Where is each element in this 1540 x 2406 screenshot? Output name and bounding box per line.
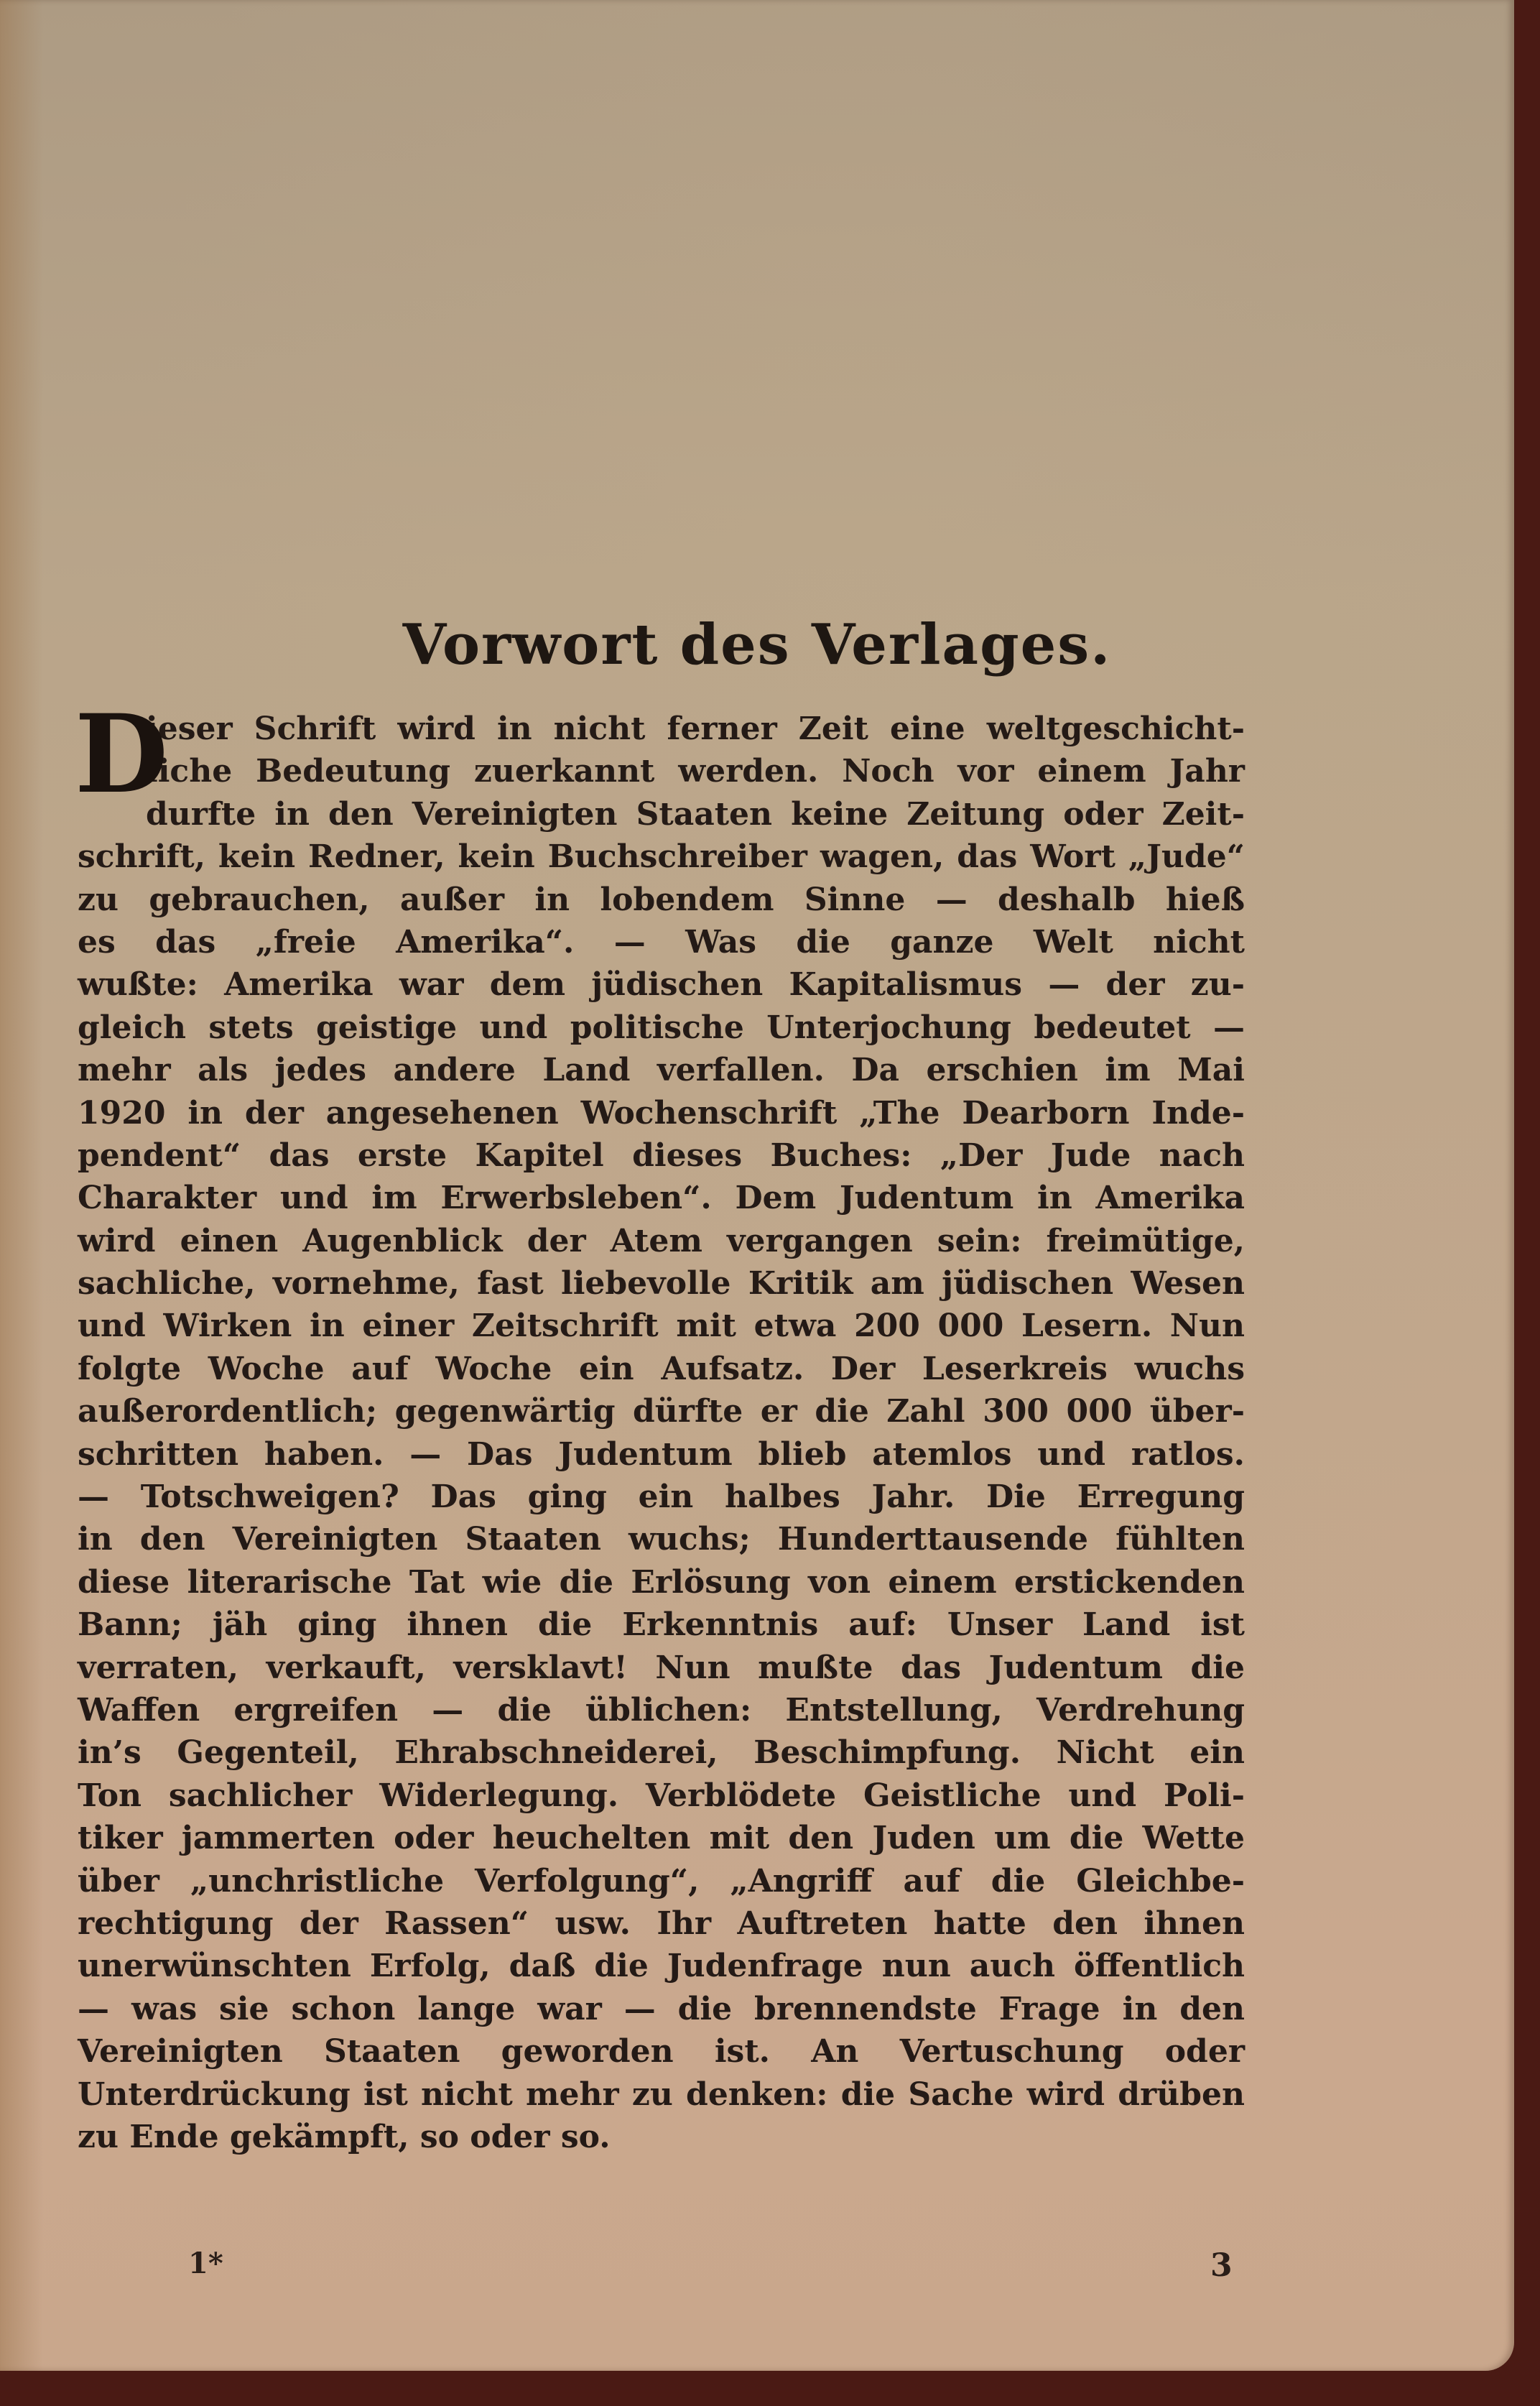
- text-line: über „unchristliche Verfolgung“, „Angrif…: [78, 1860, 1245, 1902]
- text-line: ieser Schrift wird in nicht ferner Zeit …: [78, 708, 1245, 750]
- text-line: wußte: Amerika war dem jüdischen Kapital…: [78, 963, 1245, 1006]
- text-line: in den Vereinigten Staaten wuchs; Hunder…: [78, 1518, 1245, 1560]
- text-line: Vereinigten Staaten geworden ist. An Ver…: [78, 2030, 1245, 2073]
- page-title: Vorwort des Verlages.: [0, 612, 1514, 677]
- text-line: schritten haben. — Das Judentum blieb at…: [78, 1433, 1245, 1476]
- text-line: Unterdrückung ist nicht mehr zu denken: …: [78, 2073, 1245, 2116]
- text-line: rechtigung der Rassen“ usw. Ihr Auftrete…: [78, 1902, 1245, 1945]
- text-line: gleich stets geistige und politische Unt…: [78, 1007, 1245, 1049]
- text-line: 1920 in der angesehenen Wochenschrift „T…: [78, 1092, 1245, 1134]
- text-line: — Totschweigen? Das ging ein halbes Jahr…: [78, 1476, 1245, 1518]
- text-line: Waffen ergreifen — die üblichen: Entstel…: [78, 1689, 1245, 1731]
- text-line: Charakter und im Erwerbsleben“. Dem Jude…: [78, 1177, 1245, 1219]
- text-line: diese literarische Tat wie die Erlösung …: [78, 1561, 1245, 1604]
- text-line: außerordentlich; gegenwärtig dürfte er d…: [78, 1390, 1245, 1433]
- text-line: zu Ende gekämpft, so oder so.: [78, 2116, 1245, 2158]
- text-line: zu gebrauchen, außer in lobendem Sinne —…: [78, 879, 1245, 921]
- text-line: in’s Gegenteil, Ehrabschneiderei, Beschi…: [78, 1731, 1245, 1774]
- text-line: durfte in den Vereinigten Staaten keine …: [78, 793, 1245, 836]
- drop-cap: D: [75, 708, 168, 801]
- text-line: — was sie schon lange war — die brennend…: [78, 1988, 1245, 2030]
- book-page: Vorwort des Verlages. D ieser Schrift wi…: [0, 0, 1514, 2371]
- page-number: 3: [1210, 2247, 1233, 2284]
- text-line: mehr als jedes andere Land verfallen. Da…: [78, 1049, 1245, 1091]
- text-line: wird einen Augenblick der Atem vergangen…: [78, 1220, 1245, 1262]
- text-line: Bann; jäh ging ihnen die Erkenntnis auf:…: [78, 1604, 1245, 1646]
- text-line: unerwünschten Erfolg, daß die Judenfrage…: [78, 1945, 1245, 1987]
- text-line: verraten, verkauft, versklavt! Nun mußte…: [78, 1647, 1245, 1689]
- signature-mark: 1*: [188, 2247, 223, 2280]
- text-line: Ton sachlicher Widerlegung. Verblödete G…: [78, 1775, 1245, 1817]
- text-line: liche Bedeutung zuerkannt werden. Noch v…: [78, 750, 1245, 792]
- text-line: schrift, kein Redner, kein Buchschreiber…: [78, 836, 1245, 878]
- text-line: tiker jammerten oder heuchelten mit den …: [78, 1817, 1245, 1859]
- text-line: und Wirken in einer Zeitschrift mit etwa…: [78, 1305, 1245, 1347]
- text-line: es das „freie Amerika“. — Was die ganze …: [78, 921, 1245, 963]
- text-line: pendent“ das erste Kapitel dieses Buches…: [78, 1134, 1245, 1177]
- text-line: sachliche, vornehme, fast liebevolle Kri…: [78, 1262, 1245, 1305]
- foreword-body: D ieser Schrift wird in nicht ferner Zei…: [78, 708, 1245, 2158]
- text-line: folgte Woche auf Woche ein Aufsatz. Der …: [78, 1348, 1245, 1390]
